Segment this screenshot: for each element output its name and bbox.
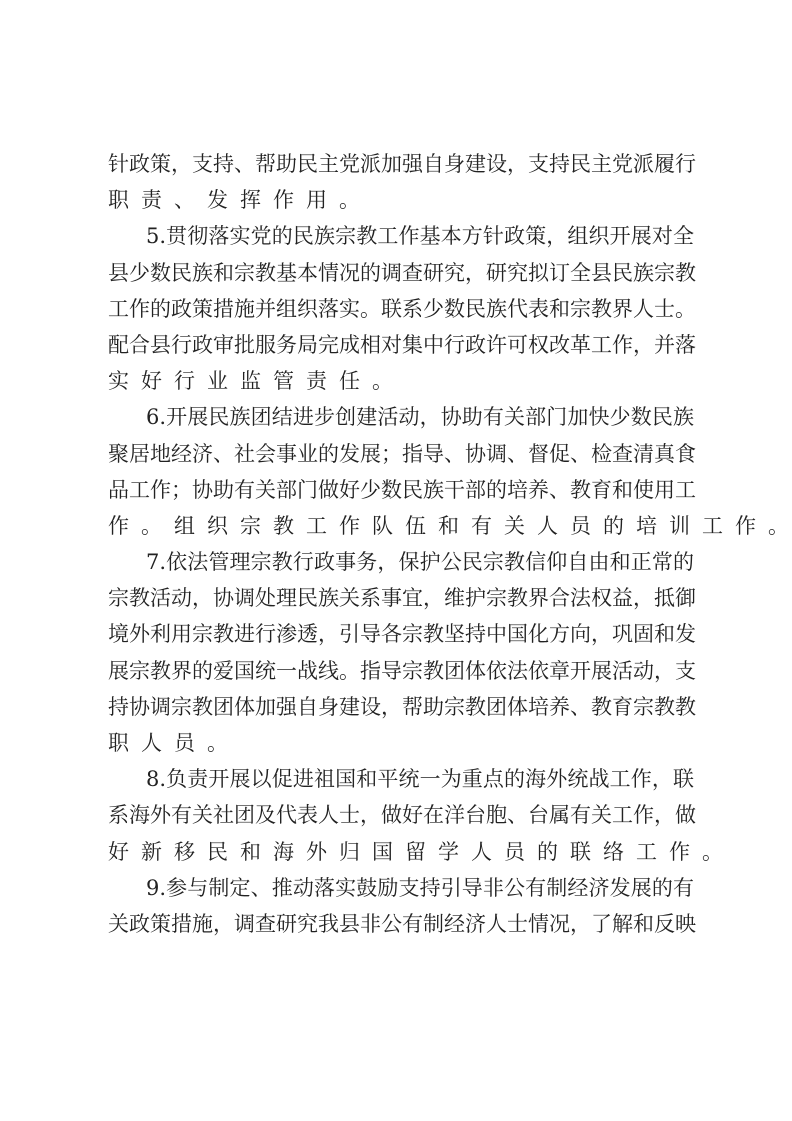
text-line: 境外利用宗教进行渗透，引导各宗教坚持中国化方向，巩固和发 [108,616,694,652]
item-8-first-line: 8.负责开展以促进祖国和平统一为重点的海外统战工作，联 [108,761,694,797]
text-line: 展宗教界的爱国统一战线。指导宗教团体依法依章开展活动，支 [108,653,694,689]
item-5-first-line: 5.贯彻落实党的民族宗教工作基本方针政策，组织开展对全 [108,218,694,254]
document-page: 针政策，支持、帮助民主党派加强自身建设，支持民主党派履行 职责、发挥作用。 5.… [108,146,694,942]
text-line: 持协调宗教团体加强自身建设，帮助宗教团体培养、教育宗教教 [108,689,694,725]
item-7-first-line: 7.依法管理宗教行政事务，保护公民宗教信仰自由和正常的 [108,544,694,580]
text-line: 关政策措施，调查研究我县非公有制经济人士情况，了解和反映 [108,906,694,942]
item-6-first-line: 6.开展民族团结进步创建活动，协助有关部门加快少数民族 [108,399,694,435]
text-line: 好新移民和海外归国留学人员的联络工作。 [108,834,694,870]
text-line: 聚居地经济、社会事业的发展；指导、协调、督促、检查清真食 [108,436,694,472]
text-line: 品工作；协助有关部门做好少数民族干部的培养、教育和使用工 [108,472,694,508]
text-line: 系海外有关社团及代表人士，做好在洋台胞、台属有关工作，做 [108,797,694,833]
item-9-first-line: 9.参与制定、推动落实鼓励支持引导非公有制经济发展的有 [108,870,694,906]
text-line: 县少数民族和宗教基本情况的调查研究，研究拟订全县民族宗教 [108,255,694,291]
text-line: 针政策，支持、帮助民主党派加强自身建设，支持民主党派履行 [108,146,694,182]
text-line: 实好行业监管责任。 [108,363,694,399]
text-line: 职责、发挥作用。 [108,182,694,218]
text-line: 职人员。 [108,725,694,761]
text-line: 配合县行政审批服务局完成相对集中行政许可权改革工作，并落 [108,327,694,363]
text-line: 宗教活动，协调处理民族关系事宜，维护宗教界合法权益，抵御 [108,580,694,616]
text-line: 工作的政策措施并组织落实。联系少数民族代表和宗教界人士。 [108,291,694,327]
text-line: 作。组织宗教工作队伍和有关人员的培训工作。 [108,508,694,544]
